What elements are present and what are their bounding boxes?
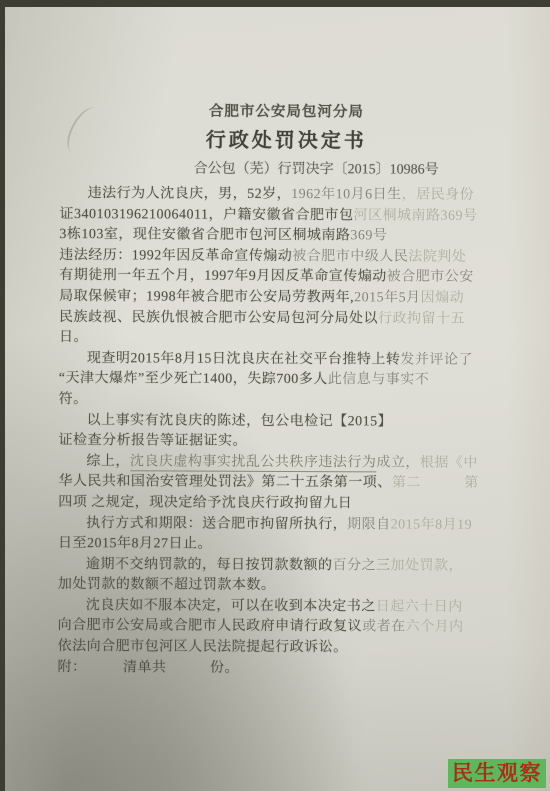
issuing-agency: 合肥市公安局包河分局: [60, 99, 513, 122]
document-line: 证检查分析报告等证据证实。: [58, 431, 511, 454]
line-text: 沈良庆如不服本决定，可以在收到本决定书之: [86, 598, 376, 614]
line-text: 证340103196210064011，户籍安徽省合肥市包: [59, 207, 353, 223]
document-line: 违法行为人沈良庆，男，52岁，1962年10月6日生，居民身份: [60, 184, 513, 207]
line-text: 因煽动: [421, 291, 465, 306]
line-text: 符。: [59, 392, 88, 407]
line-text: 期限自: [347, 517, 391, 532]
document-line: 附： 清单共 份。: [57, 658, 510, 681]
line-text: 附： 清单共 份。: [57, 660, 239, 676]
line-text: 日。: [59, 330, 88, 345]
line-text: 民族歧视、民族仇恨被合肥市公安局包河分局处以: [59, 310, 378, 326]
document-line: 有期徒刑一年五个月，1997年9月因反革命宣传煽动被合肥市公安: [59, 266, 512, 289]
document-photo: 合肥市公安局包河分局 行政处罚决定书 合公包（芜）行罚决字〔2015〕10986…: [0, 0, 550, 791]
document-line: 综上，沈良庆虚构事实扰乱公共秩序违法行为成立，根据《中: [58, 452, 511, 475]
line-text: 369号: [350, 228, 387, 243]
line-text: 发并评论了: [400, 352, 473, 367]
line-text: 有期徒刑一年五个月，1997年9月因反革命宣传煽动: [59, 268, 387, 284]
document-line: 执行方式和期限：送合肥市拘留所执行，期限自2015年8月19: [58, 513, 511, 536]
line-text: 河区桐城南路369号: [353, 208, 477, 224]
line-text: 根据《中: [420, 455, 478, 470]
document-line: 华人民共和国治安管理处罚法》第二十五条第一项、第二 第: [58, 472, 511, 495]
line-text: 执行方式和期限：送合肥市拘留所执行，: [86, 516, 347, 532]
document-line: 日至2015年8月27日止。: [58, 534, 511, 557]
document-line: 沈良庆如不服本决定，可以在收到本决定书之日起六十日内: [58, 596, 511, 619]
line-text: 被合肥市中级人民: [292, 249, 408, 265]
document-line: 以上事实有沈良庆的陈述，包公电检记【2015】: [59, 411, 512, 434]
line-text: 日起六十日内: [376, 599, 463, 614]
line-text: 1962年10月6日生: [291, 187, 402, 202]
line-text: “天津大爆炸”至少死亡1400，失踪700多人: [59, 371, 328, 387]
document-body: 违法行为人沈良庆，男，52岁，1962年10月6日生，居民身份证34010319…: [57, 184, 512, 680]
document-line: “天津大爆炸”至少死亡1400，失踪700多人此信息与事实不: [59, 369, 512, 392]
line-text: 向合肥市公安局或合肥市人民政府申请行政复议: [58, 618, 363, 634]
document-title: 行政处罚决定书: [60, 123, 513, 154]
line-text: 百分之三: [332, 558, 390, 573]
line-text: ，居民身份: [402, 187, 475, 202]
line-text: 法院判处: [408, 249, 466, 264]
line-text: 华人民共和国治安管理处罚法》第二十五条第一项、: [58, 474, 392, 490]
document-content: 合肥市公安局包河分局 行政处罚决定书 合公包（芜）行罚决字〔2015〕10986…: [57, 99, 513, 680]
document-line: 符。: [59, 390, 512, 413]
line-text: 六个月内: [406, 620, 464, 635]
line-text: 加处罚款的数额不超过罚款本数。: [58, 577, 276, 593]
document-line: 日。: [59, 328, 512, 351]
document-line: 向合肥市公安局或合肥市人民政府申请行政复议或者在六个月内: [58, 616, 511, 639]
line-text: 逾期不交纳罚款的，每日按罚款数额的: [86, 557, 333, 573]
line-text: 行政拘留十五: [378, 311, 465, 326]
document-line: 依法向合肥市包河区人民法院提起行政诉讼。: [58, 637, 511, 660]
line-text: 证检查分析报告等证据证实。: [58, 433, 247, 449]
document-line: 局取保候审；1998年被合肥市公安局劳教两年,2015年5月因煽动: [59, 287, 512, 310]
document-line: 现查明2015年8月15日沈良庆在社交平台推特上转发并评论了: [59, 349, 512, 372]
line-text: 或者在: [362, 620, 406, 635]
line-text: 此信息与事实不: [328, 373, 430, 388]
line-text: 日至2015年8月27日止。: [58, 536, 212, 552]
document-number: 合公包（芜）行罚决字〔2015〕10986号: [90, 157, 543, 179]
line-text: 3栋103室，现住安徽省合肥市包河区桐城南路: [59, 227, 350, 243]
line-text: 2015年8月19: [391, 517, 473, 532]
watermark-badge: 民生观察: [448, 759, 546, 788]
document-line: 民族歧视、民族仇恨被合肥市公安局包河分局处以行政拘留十五: [59, 308, 512, 331]
line-text: 被合肥市公安: [387, 270, 474, 285]
line-text: 第二 第: [392, 476, 479, 491]
underlined-text: 沈良庆虚构事实扰乱公共秩序违法行为: [130, 454, 377, 472]
document-paper: 合肥市公安局包河分局 行政处罚决定书 合公包（芜）行罚决字〔2015〕10986…: [5, 7, 550, 791]
line-text: 四项 之规定，现决定给予沈良庆行政拘留九日: [58, 495, 352, 511]
document-line: 证340103196210064011，户籍安徽省合肥市包河区桐城南路369号: [59, 205, 512, 228]
document-line: 加处罚款的数额不超过罚款本数。: [58, 575, 511, 598]
line-text: 2015年5月: [354, 290, 421, 305]
line-text: 综上，: [86, 454, 130, 469]
document-line: 四项 之规定，现决定给予沈良庆行政拘留九日: [58, 493, 511, 516]
document-line: 3栋103室，现住安徽省合肥市包河区桐城南路369号: [59, 225, 512, 248]
line-text: 局取保候审；1998年被合肥市公安局劳教两年,: [59, 289, 354, 305]
line-text: 违法行为人沈良庆，男，52岁，: [88, 186, 292, 202]
line-text: 现查明2015年8月15日沈良庆在社交平台推特上转: [87, 351, 401, 367]
line-text: 以上事实有沈良庆的陈述，包公电检记【2015】: [87, 413, 393, 429]
line-text: 依法向合肥市包河区人民法院提起行政诉讼。: [58, 639, 348, 655]
line-text: 成立，: [376, 455, 420, 470]
line-text: 加处罚款，: [390, 558, 463, 573]
line-text: 违法经历：1992年因反革命宣传煽动: [59, 248, 292, 264]
document-line: 逾期不交纳罚款的，每日按罚款数额的百分之三加处罚款，: [58, 555, 511, 578]
document-line: 违法经历：1992年因反革命宣传煽动被合肥市中级人民法院判处: [59, 246, 512, 269]
